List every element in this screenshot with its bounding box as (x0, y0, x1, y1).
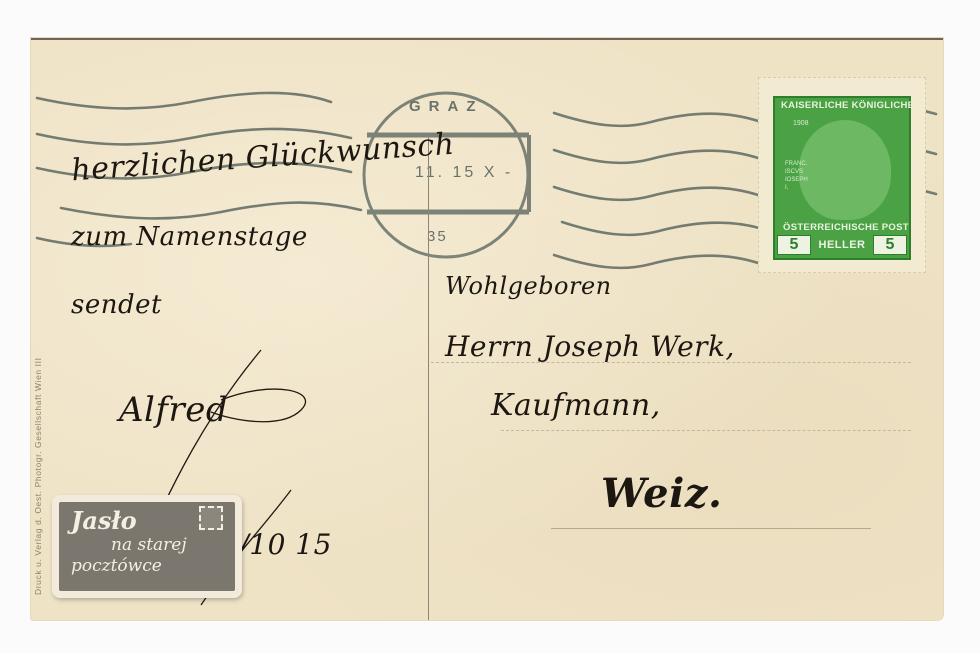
address-line-1: Wohlgeboren (445, 272, 612, 300)
name-line: IOSEPH (785, 176, 808, 184)
emperor-portrait-icon (799, 120, 891, 220)
stamp-value-right: 5 (873, 235, 907, 255)
watermark-subtitle-1: na starej (111, 535, 187, 555)
watermark-title: Jasło (71, 506, 137, 535)
watermark-subtitle-2: pocztówce (71, 556, 162, 576)
stamp-portrait-name: FRANC. ISCVS IOSEPH I. (785, 160, 808, 192)
address-line-2: Herrn Joseph Werk, (445, 330, 735, 363)
stamp-top-text: KAISERLICHE KÖNIGLICHE (781, 100, 914, 111)
stamp-denomination: HELLER (819, 239, 866, 251)
name-line: FRANC. (785, 160, 808, 168)
stamp-year: 1908 (793, 120, 809, 127)
watermark-badge: Jasło na starej pocztówce (52, 495, 242, 598)
address-line-4: Weiz. (601, 470, 722, 517)
address-rule-3 (551, 528, 871, 529)
stamp-value-left: 5 (777, 235, 811, 255)
postage-stamp: KAISERLICHE KÖNIGLICHE ÖSTERREICHISCHE P… (758, 77, 926, 273)
address-line-3: Kaufmann, (491, 388, 661, 423)
name-line: ISCVS (785, 168, 808, 176)
name-line: I. (785, 184, 808, 192)
stamp-bottom-text: ÖSTERREICHISCHE POST (783, 222, 909, 233)
address-rule-2 (501, 430, 911, 431)
stamp-outline-icon (199, 506, 223, 530)
